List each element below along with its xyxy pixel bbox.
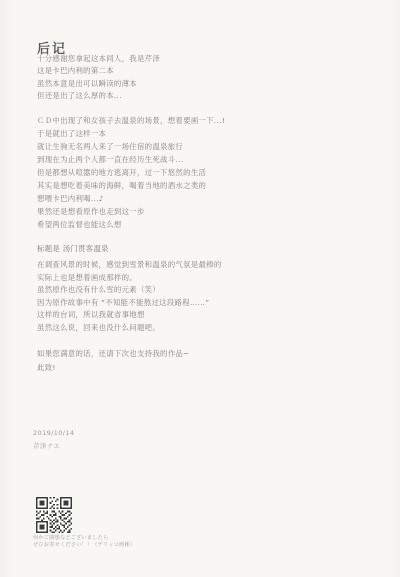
afterword-paragraph-3: 在调查风景的时候，感觉到雪景和温泉的气氛是最棒的 实际上也是想着画成那样的。 虽… <box>37 259 222 334</box>
afterword-line: 这样的台词，所以我就省事地想 <box>37 309 222 322</box>
afterword-line: 虽然原作也没有什么雪的元素（笑） <box>37 284 222 297</box>
afterword-paragraph-2: ＣＤ中出现了和女孩子去温泉的场景，想着要画一下...! 于是就出了这样一本 就让… <box>37 114 225 231</box>
afterword-line: 在调查风景的时候，感觉到雪景和温泉的气氛是最棒的 <box>37 259 222 272</box>
afterword-line: ＣＤ中出现了和女孩子去温泉的场景，想着要画一下...! <box>37 114 225 127</box>
afterword-line: 十分感谢您拿起这本同人，我是芹泽 <box>37 53 160 65</box>
afterword-line: 希望两位监督也能这么想 <box>37 218 225 231</box>
afterword-line: 这是卡巴内利的第二本 <box>37 65 160 77</box>
qr-caption-line: ぜひお寄せください！！（デリッコ画廊） <box>33 542 135 549</box>
afterword-paragraph-1: 十分感谢您拿起这本同人，我是芹泽 这是卡巴内利的第二本 虽然本意是出可以瞬读的薄… <box>37 53 160 102</box>
afterword-page: 后记 十分感谢您拿起这本同人，我是芹泽 这是卡巴内利的第二本 虽然本意是出可以瞬… <box>0 0 400 577</box>
afterword-line: 虽然这么说，回来也没什么问题吧。 <box>37 322 222 335</box>
qr-caption-line: 何かご感想などございましたら <box>33 535 135 542</box>
afterword-line: 因为原作故事中有 “不知能不能熬过这段路程……” <box>37 297 222 310</box>
afterword-line: 如果您满意的话，还请下次也支持我的作品~ <box>37 347 190 361</box>
qr-code-image <box>36 497 72 533</box>
afterword-line: 但是都想从喧嚣的地方逃离开，过一下悠然的生活 <box>37 166 225 179</box>
afterword-line: 其实是想吃着美味的海鲜，喝着当地的酒水之类的 <box>37 179 225 192</box>
afterword-line: 虽然本意是出可以瞬读的薄本 <box>37 78 160 90</box>
book-title-line: 标题是 汤门贯客温泉 <box>37 243 109 254</box>
date-line: 2019/10/14 <box>33 429 74 437</box>
signature-line: 芹泽ナエ <box>33 441 60 450</box>
closing-paragraph: 如果您满意的话，还请下次也支持我的作品~ 此致! <box>37 347 190 374</box>
afterword-line: 到现在为止两个人都一直在经历生死战斗... <box>37 153 225 166</box>
afterword-line: 想喂卡巴内利喝...♪ <box>37 192 225 205</box>
afterword-line: 果然还是想看原作也走到这一步 <box>37 205 225 218</box>
afterword-line: 于是就出了这样一本 <box>37 127 225 140</box>
qr-caption: 何かご感想などございましたら ぜひお寄せください！！（デリッコ画廊） <box>33 535 135 549</box>
afterword-line: 但还是出了这么厚的本... <box>37 90 160 102</box>
afterword-line: 此致! <box>37 361 190 375</box>
afterword-line: 就让生驹无名两人来了一场住宿的温泉旅行 <box>37 140 225 153</box>
afterword-line: 实际上也是想着画成那样的。 <box>37 272 222 285</box>
